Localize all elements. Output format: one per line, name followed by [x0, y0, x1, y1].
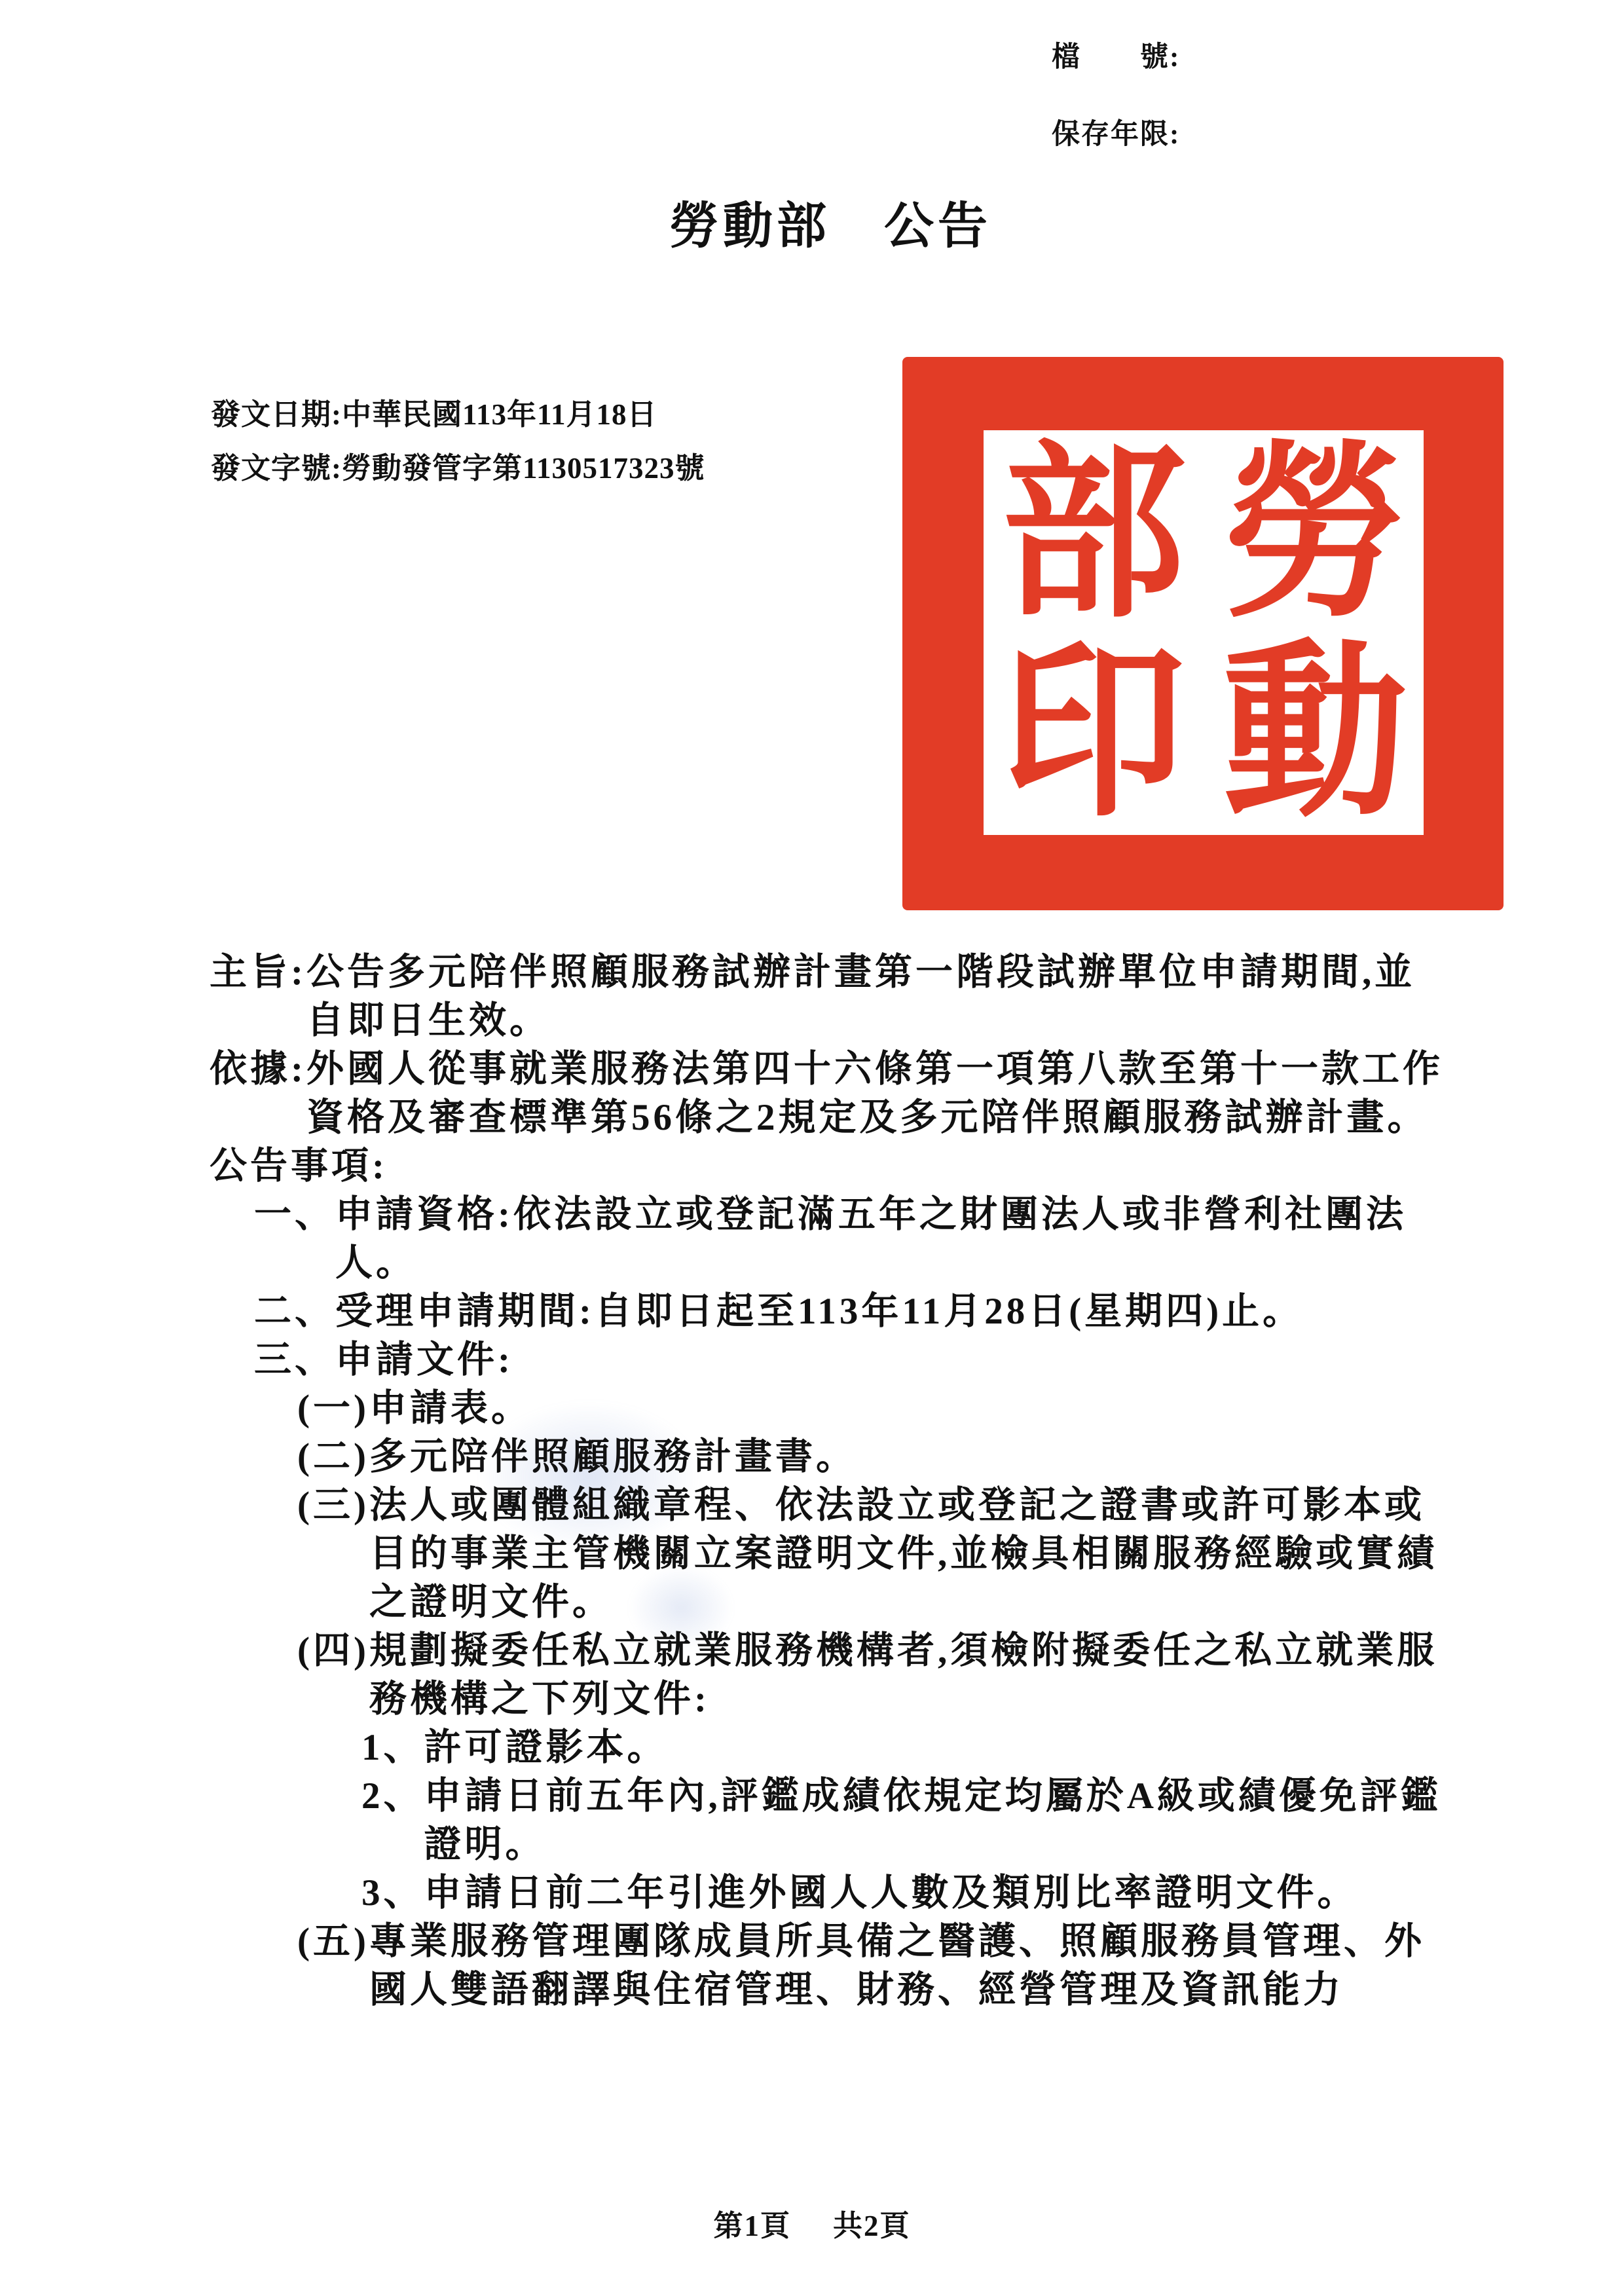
paragraph-item-3: 三、 申請文件: — [210, 1336, 1449, 1384]
paragraph-subitem-2: (二) 多元陪伴照顧服務計畫書。 — [210, 1433, 1449, 1481]
archival-labels: 檔 號: 保存年限: — [1052, 38, 1180, 193]
total-pages: 共2頁 — [833, 2210, 911, 2242]
item-2-label: 二、 — [254, 1287, 335, 1336]
subitem-3-text: 法人或團體組織章程、依法設立或登記之證書或許可影本或目的事業主管機關立案證明文件… — [369, 1481, 1449, 1627]
document-title: 勞動部 公告 — [669, 186, 991, 257]
subitem-2-label: (二) — [297, 1433, 369, 1481]
issue-date-line: 發文日期:中華民國113年11月18日 — [211, 388, 705, 441]
subsubitem-2-text: 申請日前五年內,評鑑成績依規定均屬於A級或績優免評鑑證明。 — [424, 1772, 1449, 1869]
basis-label: 依據: — [210, 1045, 306, 1094]
paragraph-subitem-4: (四) 規劃擬委任私立就業服務機構者,須檢附擬委任之私立就業服務機構之下列文件: — [210, 1627, 1449, 1724]
subsubitem-1-label: 1、 — [361, 1724, 424, 1772]
paragraph-subsubitem-3: 3、 申請日前二年引進外國人人數及類別比率證明文件。 — [210, 1869, 1449, 1917]
seal-char-dong: 動 — [1223, 630, 1407, 839]
subsubitem-2-label: 2、 — [361, 1772, 424, 1821]
paragraph-subsubitem-2: 2、 申請日前五年內,評鑑成績依規定均屬於A級或績優免評鑑證明。 — [210, 1772, 1449, 1869]
issue-date-value: 中華民國113年11月18日 — [342, 398, 657, 431]
paragraph-subsubitem-1: 1、 許可證影本。 — [210, 1724, 1449, 1772]
subject-label: 主旨: — [210, 948, 306, 997]
subject-text: 公告多元陪伴照顧服務試辦計畫第一階段試辦單位申請期間,並自即日生效。 — [306, 948, 1449, 1045]
item-3-text: 申請文件: — [335, 1336, 1449, 1384]
paragraph-subitem-5: (五) 專業服務管理團隊成員所具備之醫護、照顧服務員管理、外國人雙語翻譯與住宿管… — [210, 1917, 1449, 2014]
subsubitem-3-label: 3、 — [361, 1869, 424, 1917]
item-3-label: 三、 — [254, 1336, 335, 1384]
page-number: 第1頁 — [713, 2210, 791, 2242]
doc-number-label: 發文字號: — [211, 452, 342, 485]
paragraph-announcement-items-heading: 公告事項: — [210, 1142, 1449, 1191]
subitem-4-label: (四) — [297, 1627, 369, 1675]
paragraph-item-1: 一、 申請資格:依法設立或登記滿五年之財團法人或非營利社團法人。 — [210, 1191, 1449, 1287]
seal-char-lao: 勞 — [1223, 431, 1407, 640]
doc-number-line: 發文字號:勞動發管字第1130517323號 — [211, 441, 705, 495]
seal-char-bu: 部 — [1001, 431, 1186, 640]
subitem-5-text: 專業服務管理團隊成員所具備之醫護、照顧服務員管理、外國人雙語翻譯與住宿管理、財務… — [369, 1917, 1449, 2014]
paragraph-subitem-1: (一) 申請表。 — [210, 1384, 1449, 1433]
paragraph-basis: 依據: 外國人從事就業服務法第四十六條第一項第八款至第十一款工作資格及審查標準第… — [210, 1045, 1449, 1142]
subitem-3-label: (三) — [297, 1481, 369, 1530]
seal-char-yin: 印 — [1001, 630, 1186, 839]
subitem-2-text: 多元陪伴照顧服務計畫書。 — [369, 1433, 1449, 1481]
subitem-5-label: (五) — [297, 1917, 369, 1966]
paragraph-subitem-3: (三) 法人或團體組織章程、依法設立或登記之證書或許可影本或目的事業主管機關立案… — [210, 1481, 1449, 1627]
issue-info-block: 發文日期:中華民國113年11月18日 發文字號:勞動發管字第113051732… — [211, 388, 705, 495]
subsubitem-1-text: 許可證影本。 — [424, 1724, 1449, 1772]
retention-period-label: 保存年限: — [1052, 115, 1180, 193]
doc-number-value: 勞動發管字第1130517323號 — [342, 452, 705, 485]
ministry-seal: 勞 動 部 印 — [902, 357, 1504, 910]
subitem-1-label: (一) — [297, 1384, 369, 1433]
item-2-text: 受理申請期間:自即日起至113年11月28日(星期四)止。 — [335, 1287, 1449, 1336]
subsubitem-3-text: 申請日前二年引進外國人人數及類別比率證明文件。 — [424, 1869, 1449, 1917]
ministry-seal-image: 勞 動 部 印 — [902, 357, 1504, 910]
announcement-body: 主旨: 公告多元陪伴照顧服務試辦計畫第一階段試辦單位申請期間,並自即日生效。 依… — [210, 948, 1449, 2014]
paragraph-item-2: 二、 受理申請期間:自即日起至113年11月28日(星期四)止。 — [210, 1287, 1449, 1336]
announcement-items-heading: 公告事項: — [210, 1142, 1449, 1191]
file-number-label: 檔 號: — [1052, 38, 1180, 115]
item-1-label: 一、 — [254, 1191, 335, 1239]
page-footer: 第1頁共2頁 — [0, 2202, 1624, 2244]
subitem-1-text: 申請表。 — [369, 1384, 1449, 1433]
announcement-document-page: 檔 號: 保存年限: 勞動部 公告 發文日期:中華民國113年11月18日 發文… — [0, 0, 1624, 2296]
item-1-text: 申請資格:依法設立或登記滿五年之財團法人或非營利社團法人。 — [335, 1191, 1449, 1287]
subitem-4-text: 規劃擬委任私立就業服務機構者,須檢附擬委任之私立就業服務機構之下列文件: — [369, 1627, 1449, 1724]
basis-text: 外國人從事就業服務法第四十六條第一項第八款至第十一款工作資格及審查標準第56條之… — [306, 1045, 1449, 1142]
issue-date-label: 發文日期: — [211, 398, 342, 431]
paragraph-subject: 主旨: 公告多元陪伴照顧服務試辦計畫第一階段試辦單位申請期間,並自即日生效。 — [210, 948, 1449, 1045]
